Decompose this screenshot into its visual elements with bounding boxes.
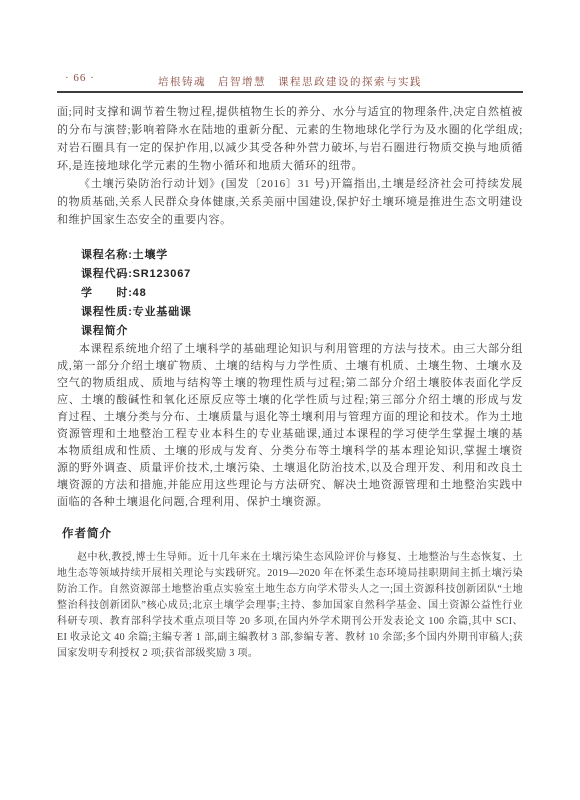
course-type-label: 课程性质: — [81, 306, 133, 318]
course-name-line: 课程名称:土壤学 — [81, 246, 523, 265]
course-hours-line: 学 时:48 — [81, 284, 523, 303]
course-name-label: 课程名称: — [81, 249, 133, 261]
running-head: · 66 · 培根铸魂 启智增慧 课程思政建设的探索与实践 — [57, 72, 523, 86]
paragraph-soil-policy: 《土壤污染防治行动计划》(国发〔2016〕31 号)开篇指出,土壤是经济社会可持… — [57, 175, 523, 229]
course-hours-label: 学 时: — [81, 287, 133, 299]
paragraph-soil-functions: 面;同时支撑和调节着生物过程,提供植物生长的养分、水分与适宜的物理条件,决定自然… — [57, 103, 523, 175]
header-rule — [57, 91, 523, 93]
author-bio-heading: 作者简介 — [62, 525, 523, 541]
course-intro-heading: 课程简介 — [81, 322, 523, 341]
book-page: · 66 · 培根铸魂 启智增慧 课程思政建设的探索与实践 面;同时支撑和调节着… — [0, 0, 580, 800]
course-code-value: SR123067 — [133, 268, 191, 280]
course-code-line: 课程代码:SR123067 — [81, 265, 523, 284]
course-name-value: 土壤学 — [133, 249, 168, 261]
course-type-line: 课程性质:专业基础课 — [81, 303, 523, 322]
course-hours-value: 48 — [133, 287, 147, 299]
course-intro-paragraph: 本课程系统地介绍了土壤科学的基础理论知识与利用管理的方法与技术。由三大部分组成,… — [57, 341, 523, 511]
page-number: · 66 · — [65, 72, 95, 84]
course-code-label: 课程代码: — [81, 268, 133, 280]
course-info-block: 课程名称:土壤学 课程代码:SR123067 学 时:48 课程性质:专业基础课… — [57, 246, 523, 341]
running-head-title: 培根铸魂 启智增慧 课程思政建设的探索与实践 — [158, 77, 422, 88]
course-type-value: 专业基础课 — [133, 306, 192, 318]
author-bio-paragraph: 赵中秋,教授,博士生导师。近十几年来在土壤污染生态风险评价与修复、土地整治与生态… — [57, 550, 523, 662]
